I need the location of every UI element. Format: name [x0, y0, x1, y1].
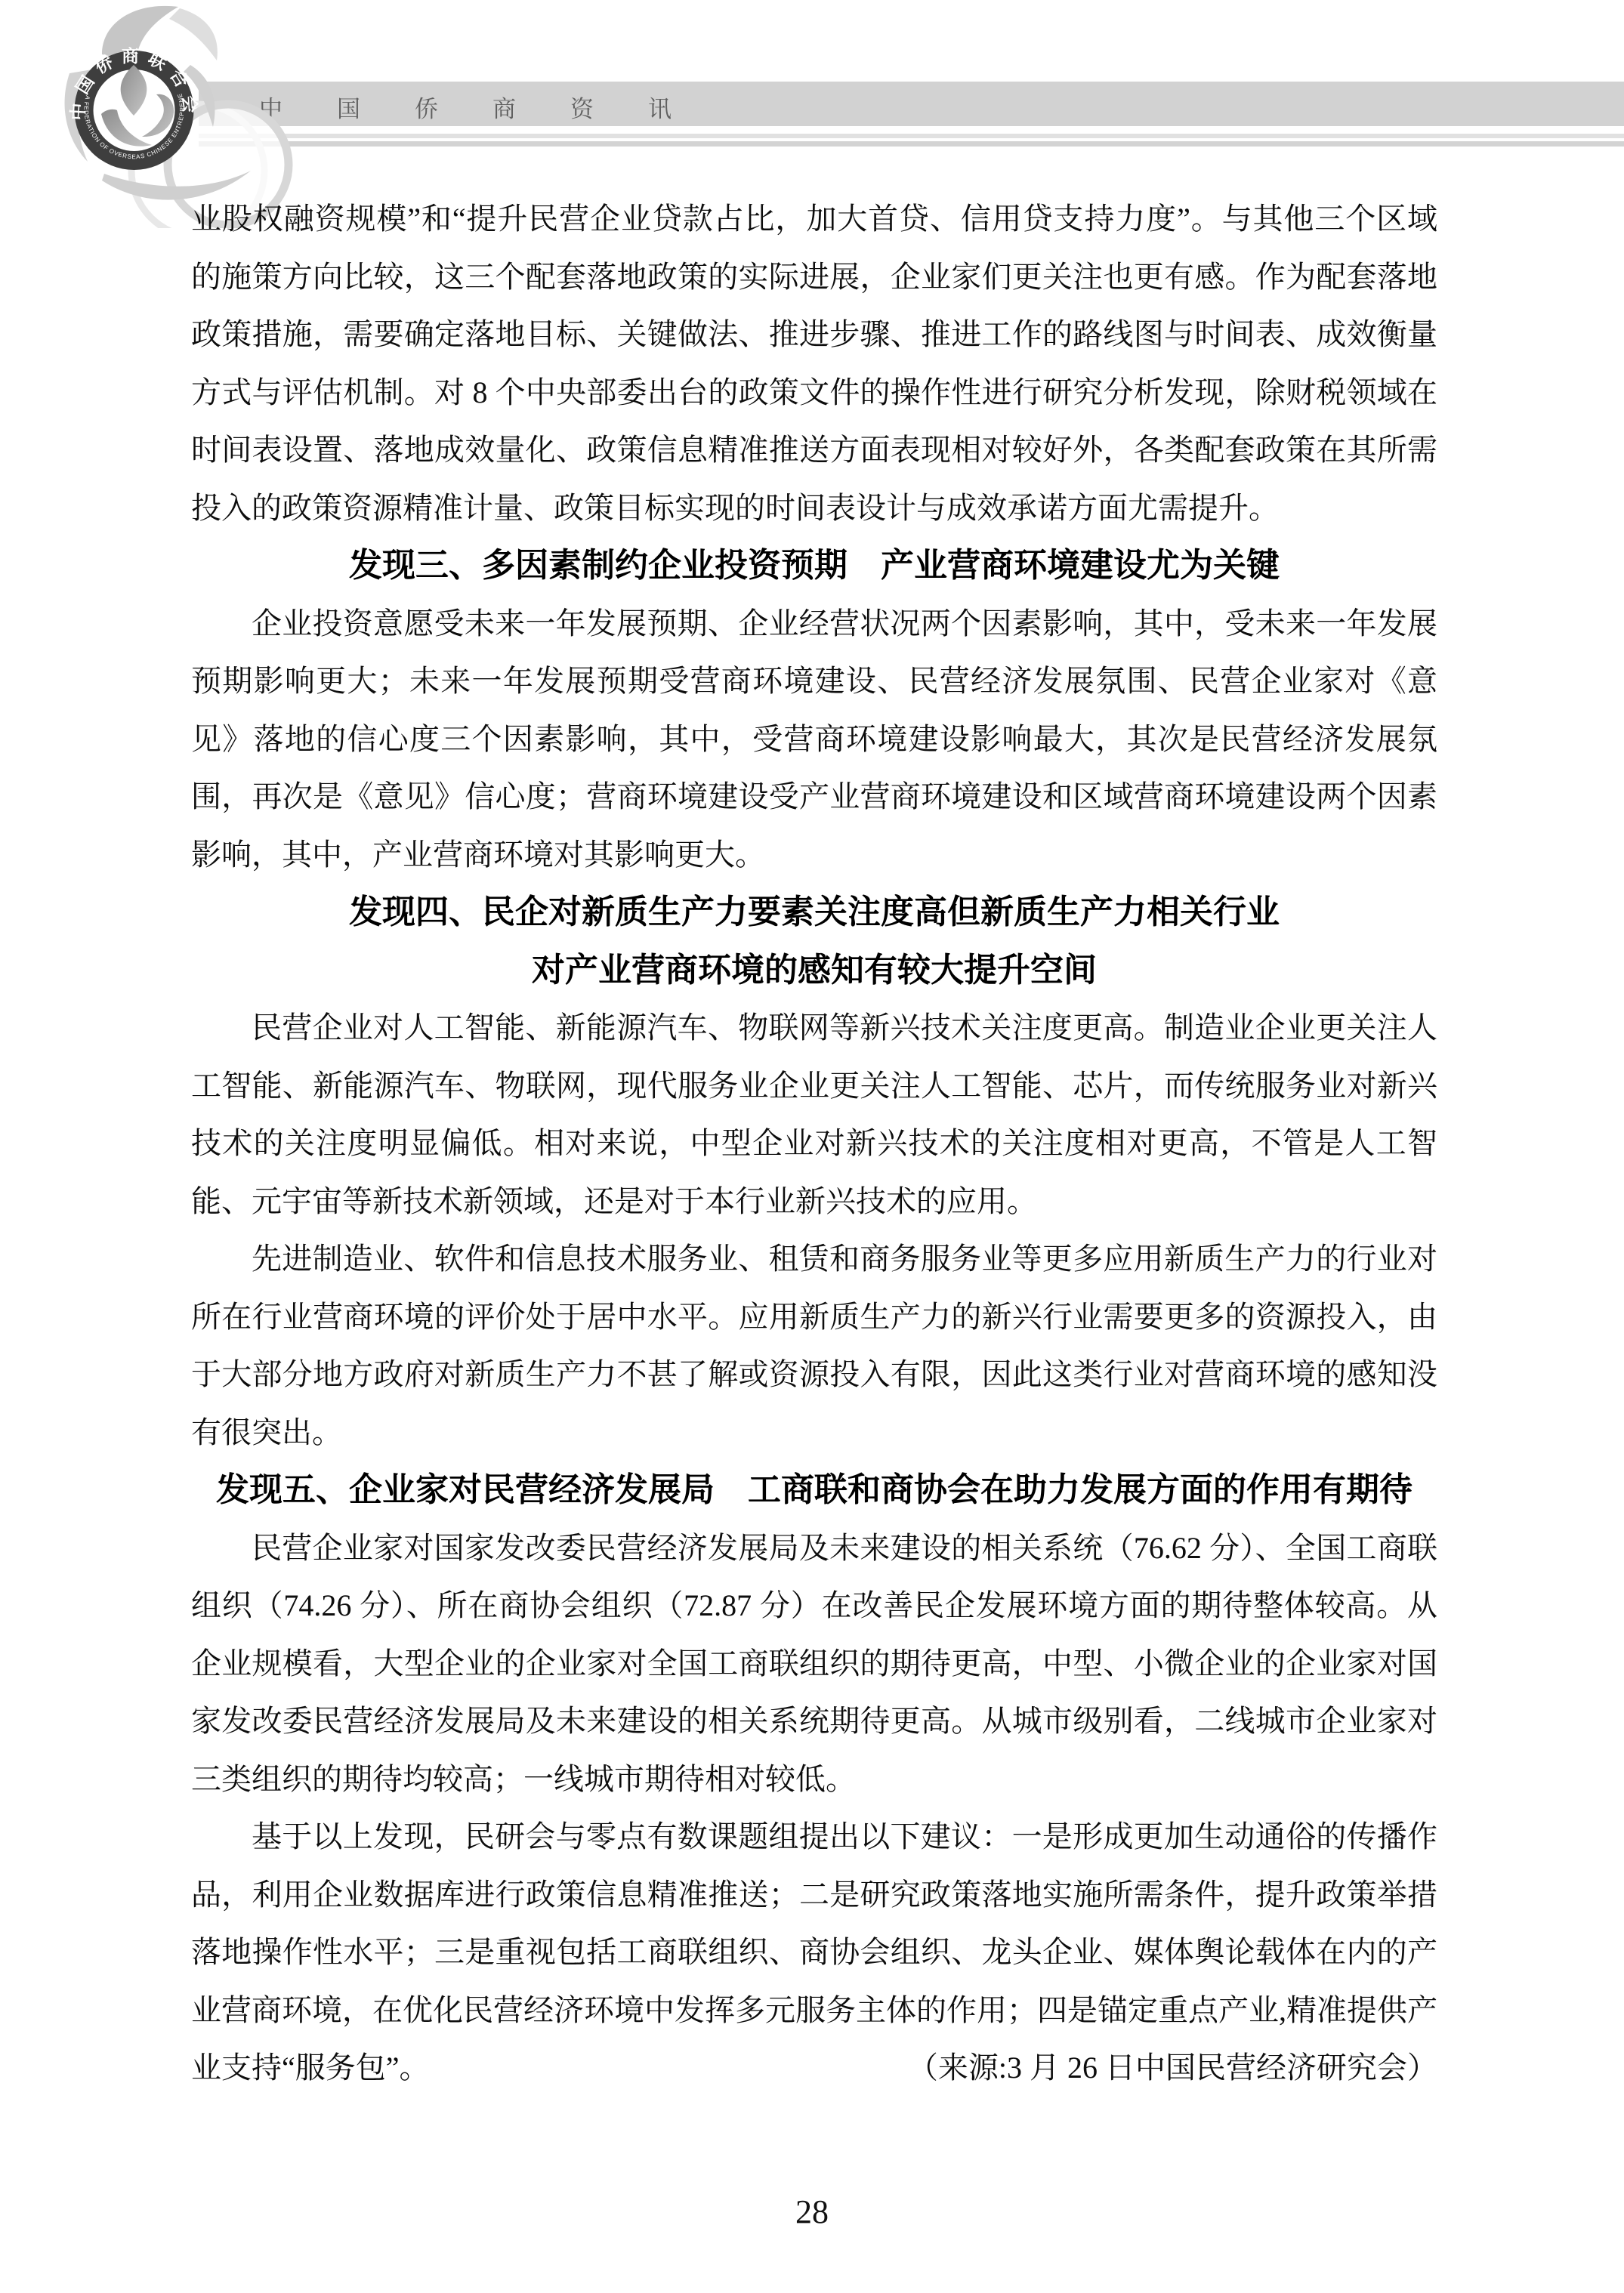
- body-paragraph: 企业投资意愿受未来一年发展预期、企业经营状况两个因素影响，其中，受未来一年发展预…: [191, 595, 1437, 884]
- document-page: 中国侨商资讯: [0, 0, 1624, 2293]
- section-heading-4-line1: 发现四、民企对新质生产力要素关注度高但新质生产力相关行业: [191, 884, 1437, 942]
- page-number: 28: [0, 2193, 1624, 2231]
- header-band-stripe: [199, 141, 1624, 147]
- body-paragraph: 民营企业家对国家发改委民营经济发展局及未来建设的相关系统（76.62 分）、全国…: [191, 1520, 1437, 1809]
- body-paragraph: 业股权融资规模”和“提升民营企业贷款占比，加大首贷、信用贷支持力度”。与其他三个…: [191, 190, 1437, 537]
- body-paragraph: 先进制造业、软件和信息技术服务业、租赁和商务服务业等更多应用新质生产力的行业对所…: [191, 1230, 1437, 1461]
- section-heading-3: 发现三、多因素制约企业投资预期 产业营商环境建设尤为关键: [191, 537, 1437, 595]
- body-paragraph: 民营企业对人工智能、新能源汽车、物联网等新兴技术关注度更高。制造业企业更关注人工…: [191, 999, 1437, 1230]
- article-body: 业股权融资规模”和“提升民营企业贷款占比，加大首贷、信用贷支持力度”。与其他三个…: [191, 190, 1437, 2097]
- section-heading-5: 发现五、企业家对民营经济发展局 工商联和商协会在助力发展方面的作用有期待: [191, 1461, 1437, 1520]
- section-heading-4-line2: 对产业营商环境的感知有较大提升空间: [191, 942, 1437, 1000]
- header-band-stripe: [199, 134, 1624, 138]
